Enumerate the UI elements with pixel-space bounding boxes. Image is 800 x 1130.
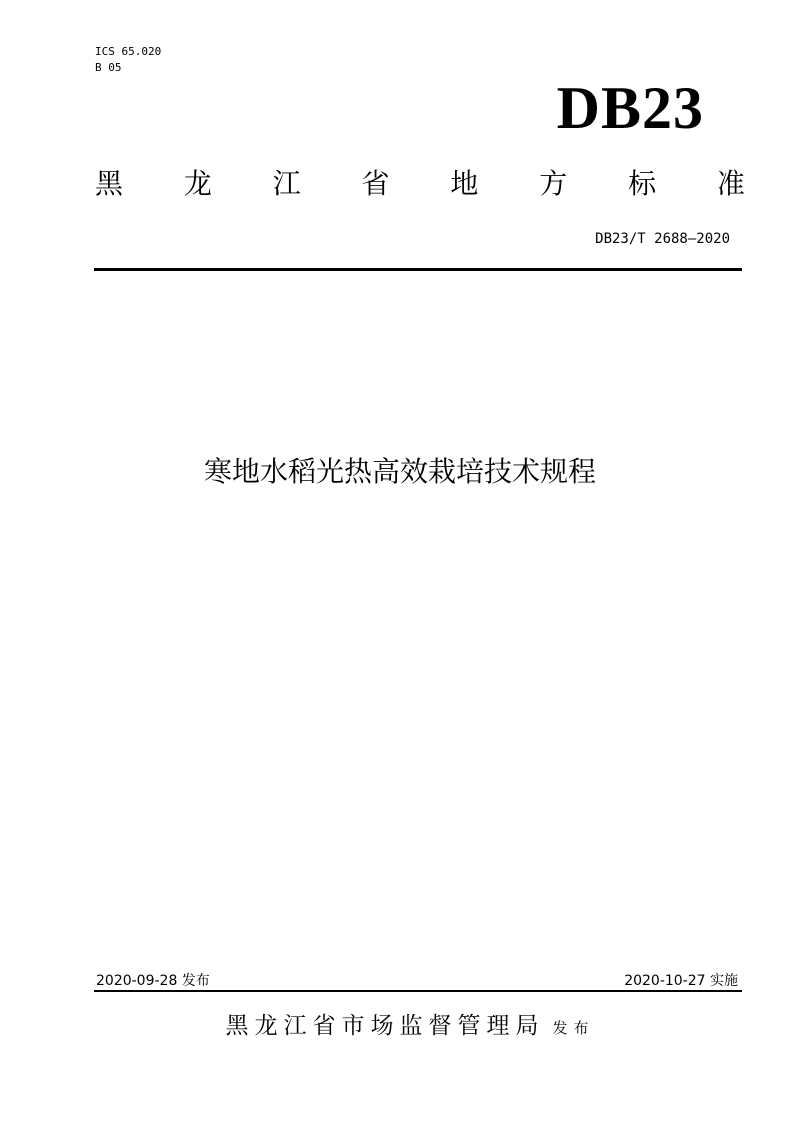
publisher-suffix: 发布 (552, 1019, 594, 1037)
issue-date: 2020-09-28 发布 (96, 972, 210, 990)
publisher: 黑龙江省市场监督管理局发布 (0, 1010, 800, 1044)
standard-type-char: 标 (628, 166, 656, 202)
standard-type-char: 黑 (95, 166, 123, 202)
standard-type-char: 地 (450, 166, 478, 202)
implementation-date: 2020-10-27 实施 (624, 972, 738, 990)
standard-type-char: 江 (273, 166, 301, 202)
footer-divider (94, 990, 742, 992)
standard-type-char: 方 (539, 166, 567, 202)
standard-type-char: 龙 (184, 166, 212, 202)
standard-type-heading: 黑 龙 江 省 地 方 标 准 (95, 166, 745, 202)
standard-type-char: 准 (717, 166, 745, 202)
header-divider (94, 268, 742, 271)
classification-codes: ICS 65.020 B 05 (95, 44, 161, 76)
standard-type-char: 省 (362, 166, 390, 202)
publisher-name: 黑龙江省市场监督管理局 (225, 1013, 544, 1039)
ccs-code: B 05 (95, 60, 161, 76)
standard-logo: DB23 (557, 76, 704, 140)
document-title: 寒地水稻光热高效栽培技术规程 (0, 452, 800, 492)
standard-code: DB23/T 2688—2020 (595, 230, 730, 248)
ics-code: ICS 65.020 (95, 44, 161, 60)
